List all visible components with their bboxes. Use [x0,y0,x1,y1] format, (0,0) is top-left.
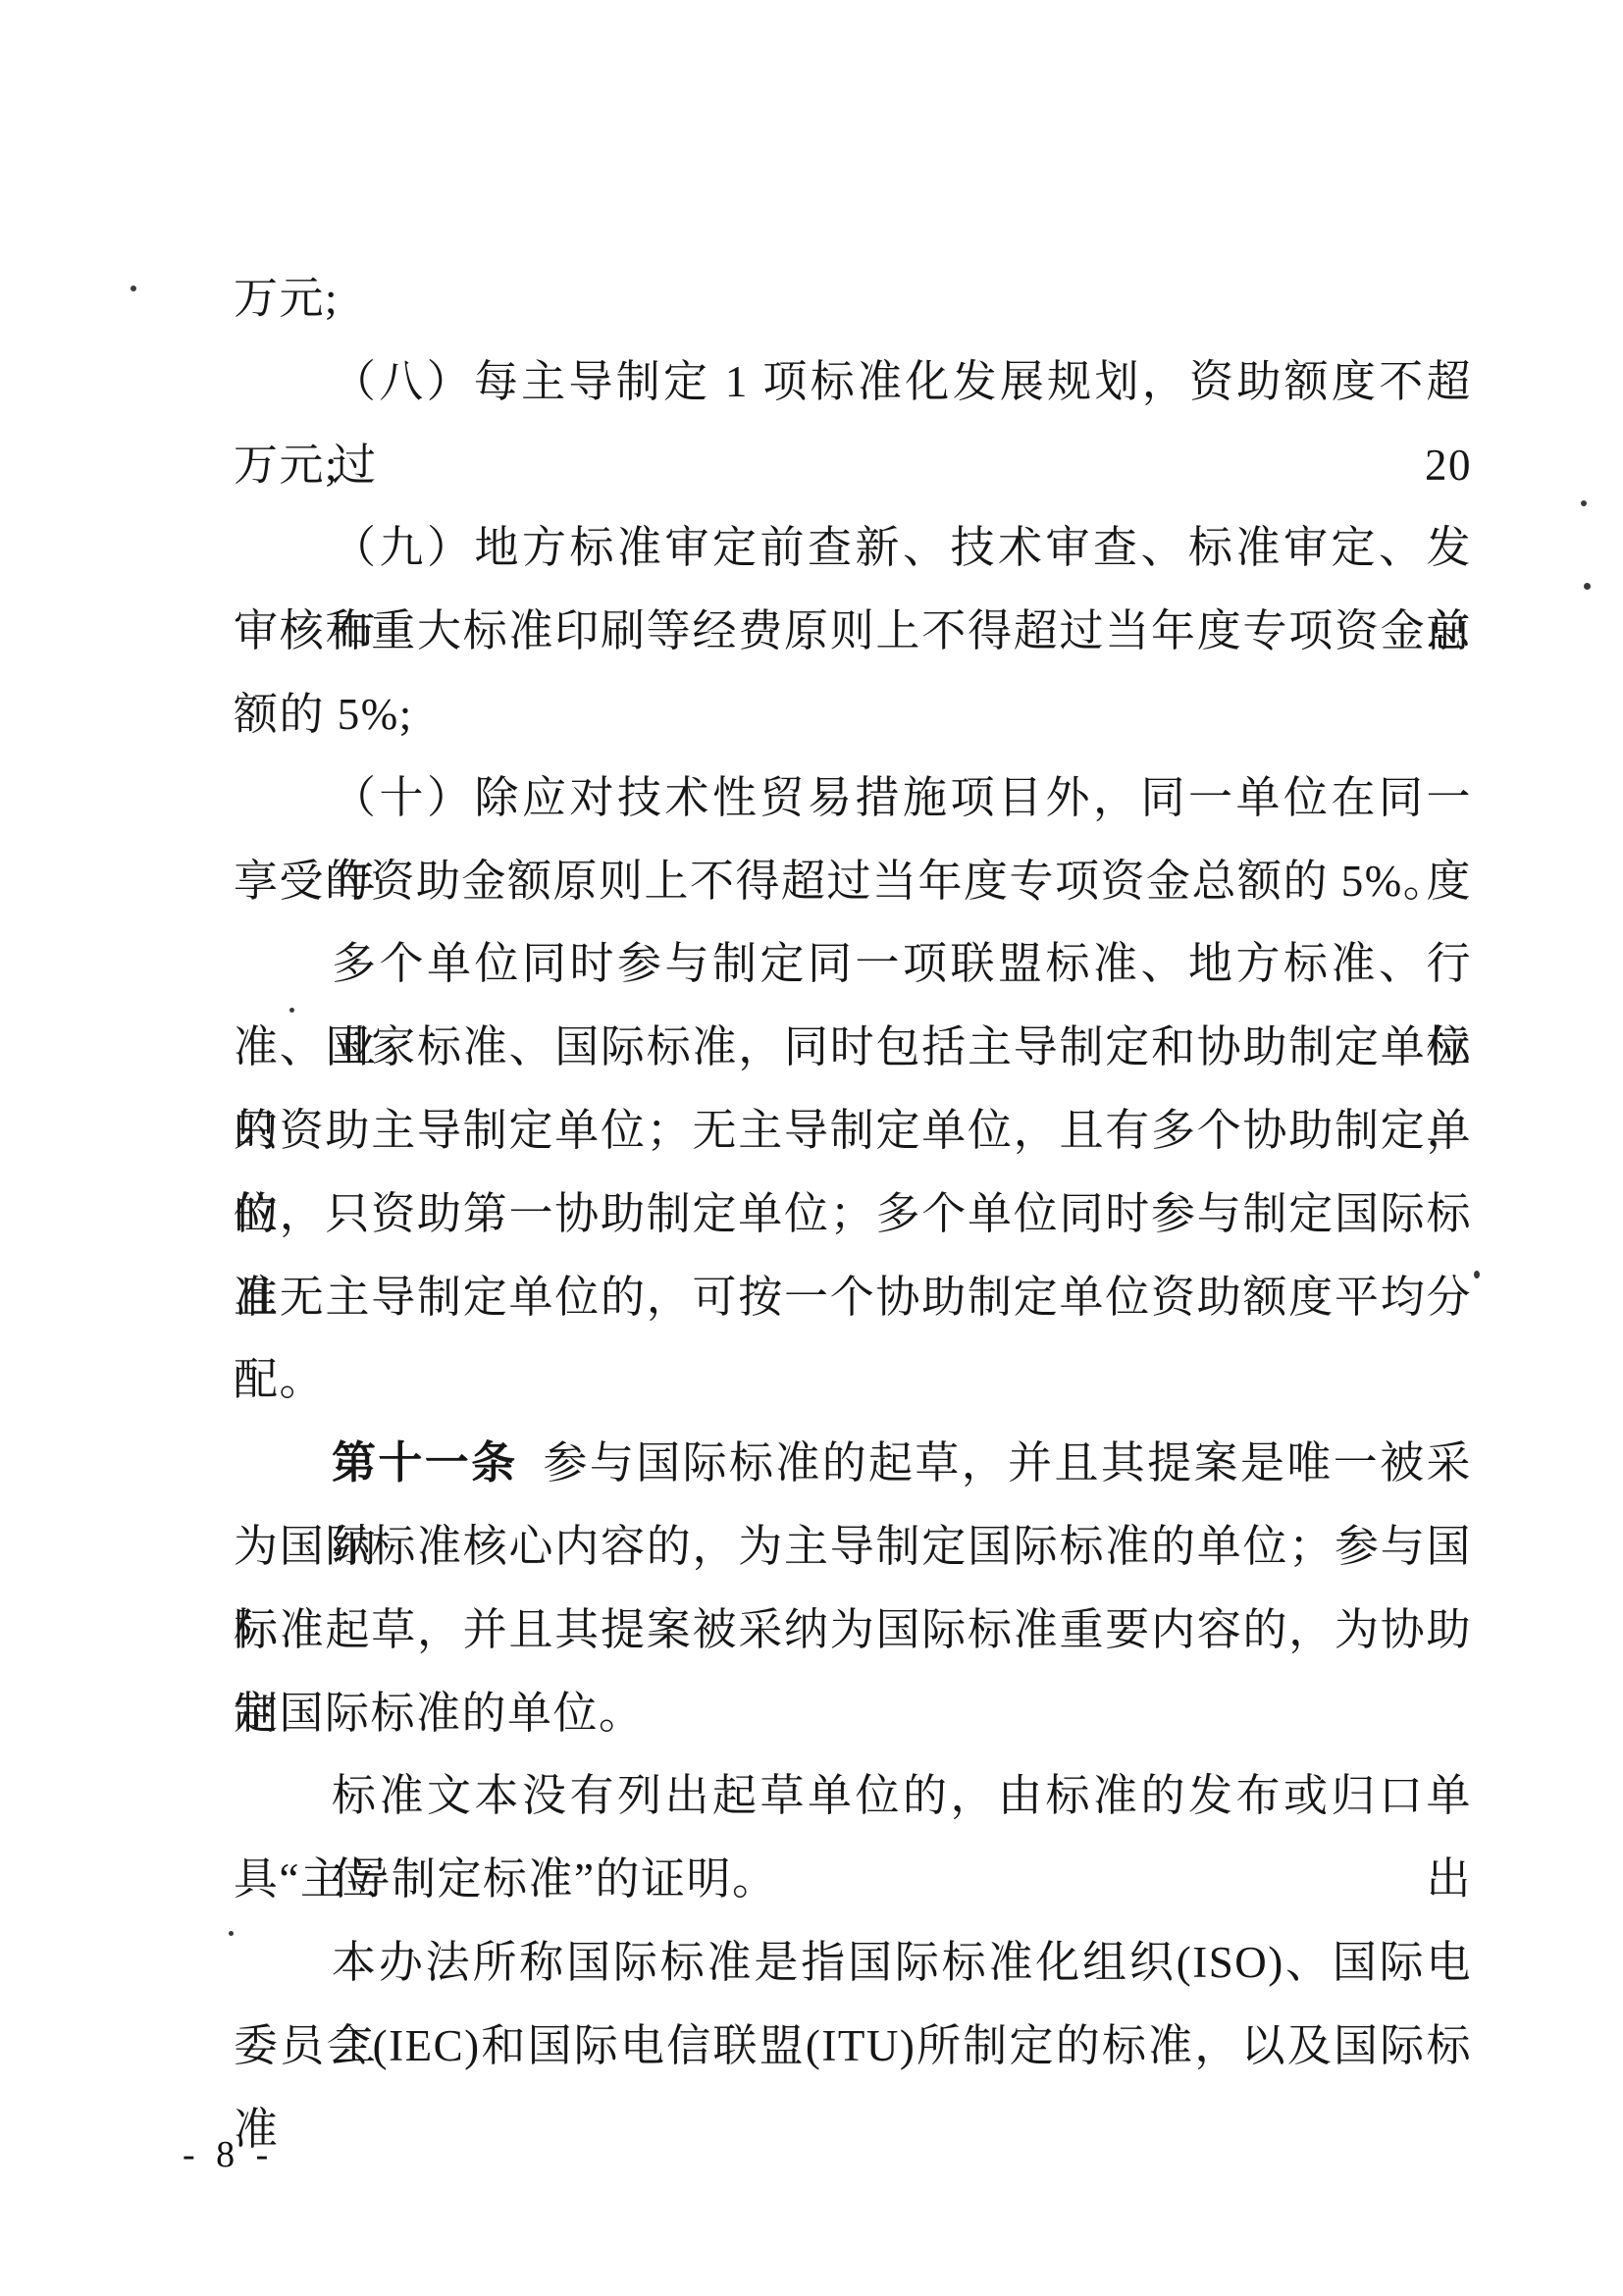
text-line: 标准文本没有列出起草单位的，由标准的发布或归口单位出 [234,1754,1472,1838]
document-body: 万元; （八）每主导制定 1 项标准化发展规划，资助额度不超过 20 万元; （… [234,257,1472,2088]
text-line: 委员会(IEC)和国际电信联盟(ITU)所制定的标准，以及国际标准 [234,2005,1472,2088]
page-number: - 8 - [183,2127,274,2182]
text-line: 定国际标准的单位。 [234,1672,1472,1755]
text-line: 多个单位同时参与制定同一项联盟标准、地方标准、行业标 [234,922,1472,1006]
text-line: 本办法所称国际标准是指国际标准化组织(ISO)、国际电工 [234,1921,1472,2005]
text-line: 的，只资助第一协助制定单位；多个单位同时参与制定国际标准 [234,1173,1472,1256]
text-line: 标准起草，并且其提案被采纳为国际标准重要内容的，为协助制 [234,1589,1472,1672]
text-line: （十）除应对技术性贸易措施项目外，同一单位在同一年度 [234,757,1472,840]
text-line: 且无主导制定单位的，可按一个协助制定单位资助额度平均分 [234,1256,1472,1339]
text-line: （九）地方标准审定前查新、技术审查、标准审定、发布前 [234,506,1472,590]
scan-speck [229,1931,234,1936]
document-page: 万元; （八）每主导制定 1 项标准化发展规划，资助额度不超过 20 万元; （… [0,0,1623,2296]
text-line: 第十一条参与国际标准的起草，并且其提案是唯一被采纳 [234,1422,1472,1505]
text-line: 额的 5%; [234,673,1472,757]
scan-speck [1474,1271,1480,1278]
text-line: 只资助主导制定单位；无主导制定单位，且有多个协助制定单位 [234,1089,1472,1173]
text-line: 审核和重大标准印刷等经费原则上不得超过当年度专项资金总 [234,590,1472,673]
scan-speck [1584,583,1591,590]
text-line: 万元; [234,257,1472,340]
scan-speck [131,286,136,291]
text-line: 准、国家标准、国际标准，同时包括主导制定和协助制定单位的， [234,1006,1472,1089]
text-line: 享受的资助金额原则上不得超过当年度专项资金总额的 5%。 [234,840,1472,923]
scan-speck [1581,500,1587,506]
text-line: 为国际标准核心内容的，为主导制定国际标准的单位；参与国际 [234,1505,1472,1589]
text-line: （八）每主导制定 1 项标准化发展规划，资助额度不超过 20 [234,340,1472,424]
scan-speck [289,1008,294,1013]
article-heading: 第十一条 [332,1438,517,1487]
text-line: 配。 [234,1338,1472,1422]
